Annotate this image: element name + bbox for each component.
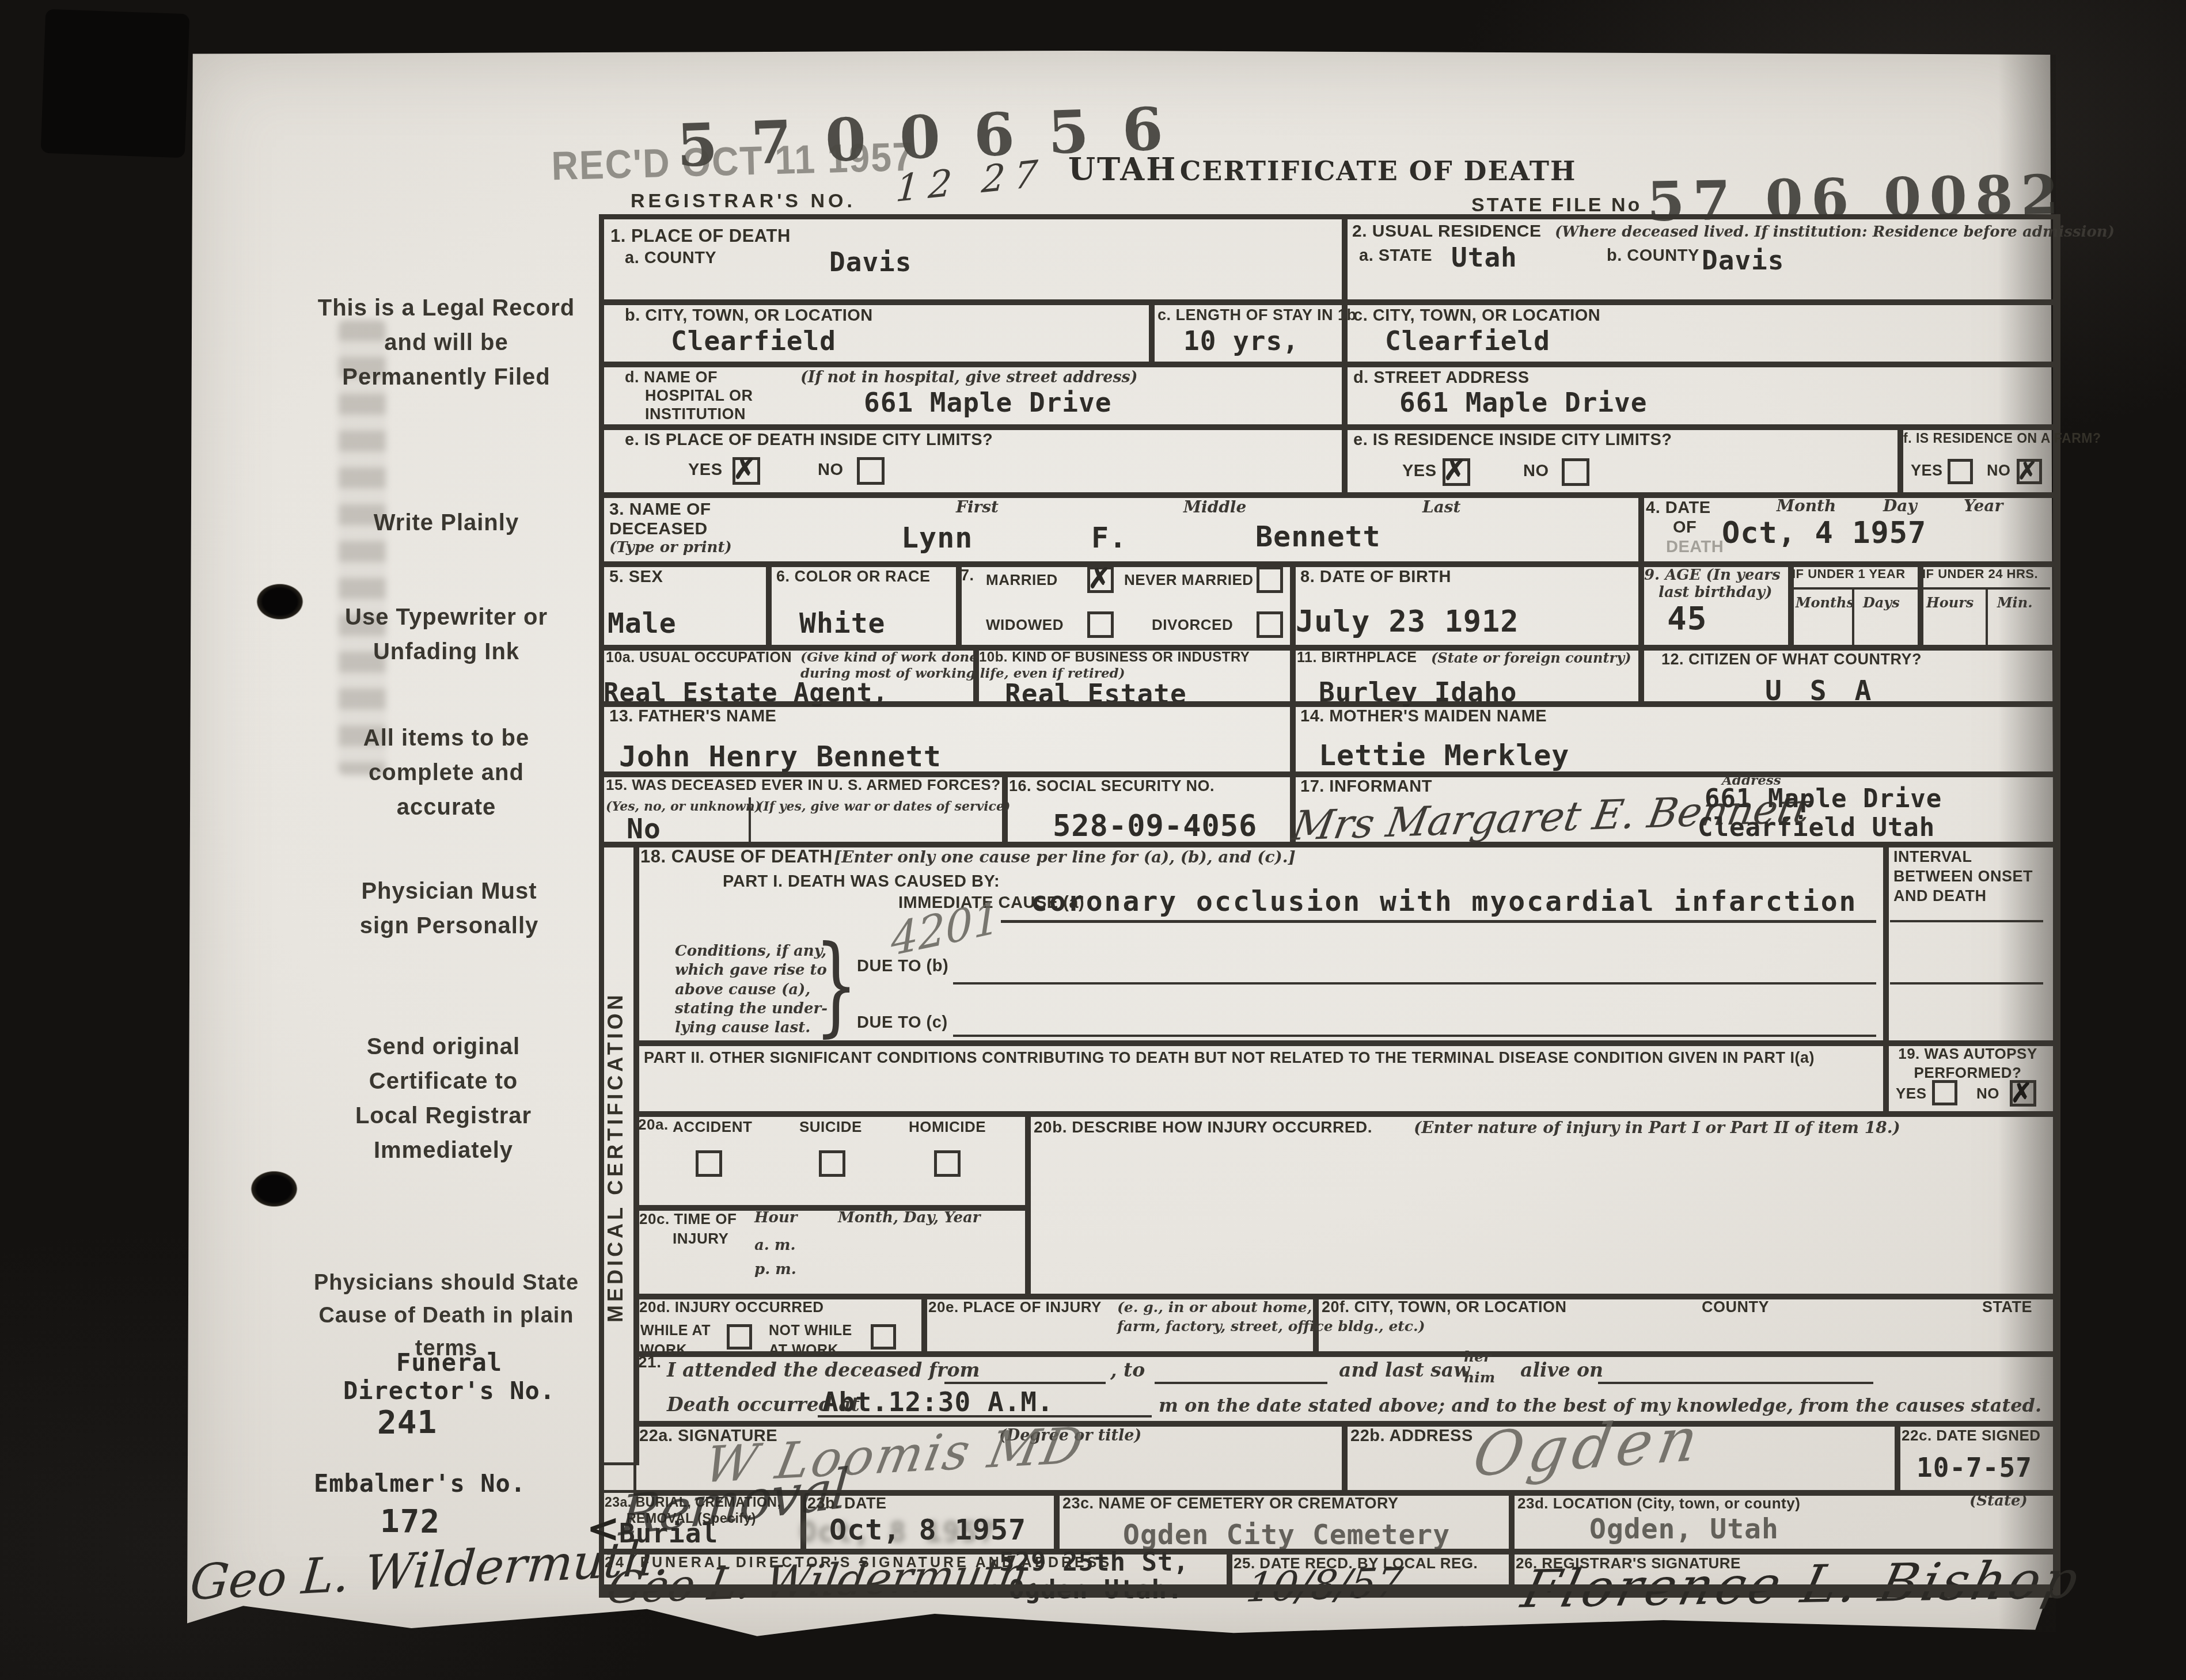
s20c-pm-label: p. m.: [754, 1261, 796, 1278]
s14-value: Lettie Merkley: [1319, 739, 1569, 772]
s2a-value: Utah: [1451, 242, 1517, 273]
s11-hint: (State or foreign country): [1431, 649, 1631, 666]
divider: [1986, 587, 1988, 645]
s19-yes-checkbox: [1932, 1080, 1957, 1105]
s20a-accident-label: ACCIDENT: [673, 1118, 752, 1136]
s1d-label3: INSTITUTION: [645, 405, 746, 423]
s23b-label: 23b. DATE: [807, 1495, 887, 1512]
s10b-label: 10b. KIND OF BUSINESS OR INDUSTRY: [979, 649, 1250, 666]
s1d-hint: (If not in hospital, give street address…: [800, 368, 1138, 386]
s9-label2: last birthday): [1659, 584, 1773, 601]
s2d-value: 661 Maple Drive: [1399, 387, 1647, 418]
s18-part2-text: PART II. OTHER SIGNIFICANT CONDITIONS CO…: [644, 1049, 1815, 1067]
s9-months-label: Months: [1796, 594, 1854, 611]
s16-label: 16. SOCIAL SECURITY NO.: [1009, 777, 1215, 795]
s4-label1: 4. DATE: [1646, 499, 1711, 518]
s3-hint: (Type or print): [609, 539, 732, 556]
corner-blob: [41, 9, 190, 158]
s4-label2: OF: [1673, 518, 1697, 537]
s13-value: John Henry Bennett: [619, 740, 942, 773]
s5-value: Male: [608, 607, 677, 640]
s20f-state-label: STATE: [1982, 1298, 2032, 1316]
s21-blank4: [818, 1415, 1152, 1417]
s23c-value: Ogden City Cemetery: [1123, 1519, 1450, 1551]
s20c-am-label: a. m.: [754, 1237, 796, 1254]
s20c-mdy-label: Month, Day, Year: [838, 1209, 981, 1226]
x-mark-icon: ✗: [2010, 1077, 2033, 1108]
s2e-no-label: NO: [1523, 462, 1549, 481]
s10a-label: 10a. USUAL OCCUPATION: [606, 649, 792, 666]
divider: [1918, 587, 2050, 590]
s9-min-label: Min.: [1997, 594, 2033, 611]
s3-col-middle: Middle: [1183, 497, 1246, 516]
s1b-label: b. CITY, TOWN, OR LOCATION: [625, 306, 873, 325]
s23d-state-label: (State): [1969, 1492, 2028, 1510]
s21-text4: alive on: [1520, 1359, 1603, 1381]
s4-col-month: Month: [1777, 496, 1836, 515]
state-file-label: STATE FILE No: [1471, 194, 1642, 216]
s19-no-checkbox: ✗: [2010, 1080, 2036, 1107]
s17-address-line1: 661 Maple Drive: [1705, 784, 1942, 814]
s21-text1: I attended the deceased from: [667, 1359, 980, 1381]
s2f-no-checkbox: ✗: [2017, 459, 2042, 484]
s7-widowed-checkbox: [1087, 611, 1114, 638]
s20b-label: 20b. DESCRIBE HOW INJURY OCCURRED.: [1034, 1118, 1372, 1137]
s3-first-value: Lynn: [901, 521, 973, 554]
s4-col-day: Day: [1883, 496, 1917, 515]
s7-never-checkbox: [1257, 567, 1283, 593]
s21-blank2: [1155, 1382, 1327, 1384]
x-mark-icon: ✗: [2017, 457, 2037, 485]
s2f-label: f. IS RESIDENCE ON A FARM?: [1903, 431, 2101, 446]
bottom-heavy-rule: [599, 1584, 2050, 1591]
s6-label: 6. COLOR OR RACE: [776, 568, 931, 586]
s14-label: 14. MOTHER'S MAIDEN NAME: [1300, 707, 1547, 726]
cell-20b: [1025, 1111, 2056, 1299]
s3-last-value: Bennett: [1255, 520, 1381, 553]
s20a-suicide-label: SUICIDE: [799, 1118, 862, 1136]
s9-under1-label: IF UNDER 1 YEAR: [1792, 567, 1906, 581]
due-b-rule: [953, 982, 1876, 985]
s23d-value: Ogden, Utah: [1589, 1513, 1779, 1545]
s1a-value: Davis: [829, 246, 912, 278]
s22c-date-value: 10-7-57: [1916, 1452, 2032, 1483]
s4-col-year: Year: [1964, 496, 2003, 515]
s20a-homicide-label: HOMICIDE: [909, 1118, 986, 1136]
s20d-while-checkbox: [727, 1324, 752, 1350]
s20a-num: 20a.: [638, 1116, 669, 1134]
margin-note-plainly: Write Plainly: [299, 505, 593, 540]
interval-rule-a: [1890, 920, 2043, 922]
s20c-hour-label: Hour: [754, 1209, 798, 1226]
s19-yes-label: YES: [1896, 1085, 1927, 1103]
s9-value: 45: [1667, 600, 1707, 637]
s19-label: 19. WAS AUTOPSY PERFORMED?: [1896, 1044, 2040, 1082]
interval-rule-b: [1890, 982, 2043, 985]
s18-part1: PART I. DEATH WAS CAUSED BY:: [723, 872, 1000, 891]
s3-col-last: Last: [1422, 497, 1461, 516]
s7-divorced-label: DIVORCED: [1152, 616, 1233, 634]
s3-middle-value: F.: [1091, 521, 1127, 554]
margin-note-physician: Physician Must sign Personally: [354, 874, 544, 943]
s20a-homicide-checkbox: [934, 1150, 961, 1177]
s7-married-checkbox: ✗: [1087, 567, 1114, 593]
s21-blank3: [1598, 1382, 1873, 1384]
s23c-label: 23c. NAME OF CEMETERY OR CREMATORY: [1062, 1495, 1399, 1512]
x-mark-icon: ✗: [1443, 454, 1466, 486]
s2e-yes-checkbox: ✗: [1443, 458, 1470, 486]
s9-hours-label: Hours: [1926, 594, 1974, 611]
s18-label: 18. CAUSE OF DEATH: [640, 846, 833, 867]
s19-no-label: NO: [1976, 1085, 1999, 1103]
s20b-hint: (Enter nature of injury in Part I or Par…: [1414, 1118, 1900, 1137]
s1e-no-checkbox: [857, 457, 885, 485]
s2c-label: c. CITY, TOWN, OR LOCATION: [1353, 306, 1600, 325]
s15-value: No: [627, 813, 661, 845]
s1a-label: a. COUNTY: [625, 249, 716, 268]
s20c-label1: 20c. TIME OF: [639, 1210, 737, 1228]
s3-title2: DECEASED: [609, 519, 708, 539]
s3-col-first: First: [956, 497, 999, 516]
s1d-label1: d. NAME OF: [625, 368, 718, 386]
s1e-yes-label: YES: [688, 461, 723, 480]
s2f-yes-label: YES: [1911, 462, 1943, 480]
s20f-label: 20f. CITY, TOWN, OR LOCATION: [1322, 1298, 1567, 1316]
s20d-label: 20d. INJURY OCCURRED: [639, 1298, 824, 1316]
s20a-accident-checkbox: [696, 1150, 722, 1177]
s3-title1: 3. NAME OF: [609, 500, 711, 519]
s2f-yes-checkbox: [1948, 459, 1973, 484]
s18-interval-label: INTERVAL BETWEEN ONSET AND DEATH: [1893, 847, 2043, 906]
s12-label: 12. CITIZEN OF WHAT COUNTRY?: [1661, 651, 1922, 668]
embalmers-no-label: Embalmer's No.: [314, 1469, 526, 1497]
s16-value: 528-09-4056: [1053, 809, 1257, 843]
funeral-directors-no-label: Funeral Director's No.: [311, 1348, 587, 1405]
s8-label: 8. DATE OF BIRTH: [1300, 568, 1451, 587]
s2e-no-checkbox: [1562, 458, 1589, 486]
due-c-rule: [953, 1035, 1876, 1037]
s2a-label: a. STATE: [1359, 246, 1432, 265]
s17-address-line2: Clearfield Utah: [1698, 813, 1935, 842]
s21-num: 21.: [638, 1353, 661, 1371]
s13-label: 13. FATHER'S NAME: [609, 707, 776, 726]
punch-hole-bottom: [246, 1168, 302, 1210]
s7-divorced-checkbox: [1257, 611, 1283, 638]
s24-address-line1: 529 25th St,: [999, 1548, 1189, 1577]
margin-note-typewriter: Use Typewriter or Unfading Ink: [297, 600, 596, 669]
s4-value: Oct, 4 1957: [1722, 516, 1926, 550]
s20d-not-while-checkbox: [871, 1324, 896, 1350]
s2-title: 2. USUAL RESIDENCE: [1352, 222, 1542, 241]
s15-hint1: (Yes, no, or unknown): [606, 799, 761, 814]
x-mark-icon: ✗: [1088, 562, 1111, 595]
s2b-value: Davis: [1702, 245, 1784, 276]
x-mark-icon: ✗: [733, 453, 756, 485]
s21-him-label: him: [1464, 1369, 1495, 1386]
s22b-label: 22b. ADDRESS: [1350, 1427, 1473, 1446]
s18-due-b-label: DUE TO (b): [857, 957, 948, 976]
s7-never-label: NEVER MARRIED: [1124, 571, 1254, 589]
s1c-label: c. LENGTH OF STAY IN 1b: [1157, 306, 1357, 324]
s1d-value: 661 Maple Drive: [864, 387, 1111, 418]
s21-text2: , to: [1110, 1359, 1145, 1381]
registrars-no-label: REGISTRAR'S NO.: [631, 190, 856, 212]
s21-time-value: Abt.12:30 A.M.: [822, 1386, 1054, 1417]
s1e-no-label: NO: [818, 461, 844, 480]
s2e-yes-label: YES: [1402, 462, 1437, 481]
s11-label: 11. BIRTHPLACE: [1297, 649, 1417, 666]
margin-note-legal: This is a Legal Record and will be Perma…: [314, 291, 579, 394]
s21-text3: and last saw: [1339, 1359, 1470, 1381]
s17-label: 17. INFORMANT: [1300, 777, 1432, 796]
s23d-label: 23d. LOCATION (City, town, or county): [1517, 1495, 1800, 1512]
s1b-value: Clearfield: [671, 325, 836, 356]
margin-note-complete: All items to be complete and accurate: [322, 721, 570, 824]
s9-under24-label: IF UNDER 24 HRS.: [1922, 567, 2038, 581]
s15-hint2: (If yes, give war or dates of service): [757, 799, 1010, 814]
s1d-label2: HOSPITAL OR: [645, 387, 753, 405]
s20c-label2: INJURY: [673, 1230, 728, 1248]
s23a-arrow-icon: <: [586, 1504, 620, 1552]
s2d-label: d. STREET ADDRESS: [1353, 368, 1530, 387]
medical-certification-label: MEDICAL CERTIFICATION: [604, 921, 632, 1393]
page-title: UTAH CERTIFICATE OF DEATH: [1068, 151, 1576, 188]
s22c-label: 22c. DATE SIGNED: [1902, 1427, 2041, 1445]
s15-label: 15. WAS DECEASED EVER IN U. S. ARMED FOR…: [606, 776, 1001, 794]
s9-label1: 9. AGE (In years: [1644, 567, 1781, 584]
s2-hint: (Where deceased lived. If institution: R…: [1555, 223, 2115, 241]
s5-label: 5. SEX: [609, 568, 663, 587]
divider: [749, 797, 751, 842]
s21-her-label: her: [1464, 1348, 1491, 1365]
s1-title: 1. PLACE OF DEATH: [610, 226, 791, 246]
s21-blank1: [944, 1382, 1106, 1384]
embalmers-no-value: 172: [380, 1503, 440, 1540]
s2e-label: e. IS RESIDENCE INSIDE CITY LIMITS?: [1353, 431, 1672, 450]
funeral-directors-no-value: 241: [377, 1404, 437, 1441]
s2c-value: Clearfield: [1385, 325, 1550, 356]
s18-cause-a-value: coronary occlusion with myocardial infar…: [1031, 885, 1857, 918]
s18-due-c-label: DUE TO (c): [857, 1013, 948, 1032]
s7-num: 7.: [961, 567, 974, 584]
s1c-value: 10 yrs,: [1183, 325, 1299, 356]
s18-conditions-note: Conditions, if any, which gave rise to a…: [675, 942, 828, 1037]
page-title-utah: UTAH: [1068, 151, 1177, 188]
margin-note-send: Send original Certificate to Local Regis…: [340, 1029, 547, 1168]
s20e-label: 20e. PLACE OF INJURY: [928, 1298, 1102, 1316]
received-date-stamp: REC'D OCT 11 1957: [551, 134, 914, 189]
s23b-value: Oct, 8 1957: [829, 1513, 1026, 1546]
s9-days-label: Days: [1863, 594, 1900, 611]
s20f-county-label: COUNTY: [1702, 1298, 1769, 1316]
s20a-suicide-checkbox: [819, 1150, 845, 1177]
s7-married-label: MARRIED: [986, 571, 1058, 589]
page-title-rest: CERTIFICATE OF DEATH: [1180, 155, 1577, 187]
s6-value: White: [799, 607, 886, 640]
scanned-death-certificate: This is a Legal Record and will be Perma…: [0, 0, 2186, 1680]
brace-glyph: }: [814, 922, 858, 1048]
s1e-label: e. IS PLACE OF DEATH INSIDE CITY LIMITS?: [625, 431, 993, 450]
s18-label-hint: [Enter only one cause per line for (a), …: [834, 847, 1296, 866]
s4-label3: DEATH: [1666, 538, 1724, 557]
s2f-no-label: NO: [1987, 462, 2011, 480]
s7-widowed-label: WIDOWED: [986, 616, 1064, 634]
s1e-yes-checkbox: ✗: [733, 457, 760, 485]
cause-a-rule: [1001, 920, 1876, 923]
s2b-label: b. COUNTY: [1607, 246, 1699, 265]
s8-value: July 23 1912: [1296, 605, 1519, 639]
